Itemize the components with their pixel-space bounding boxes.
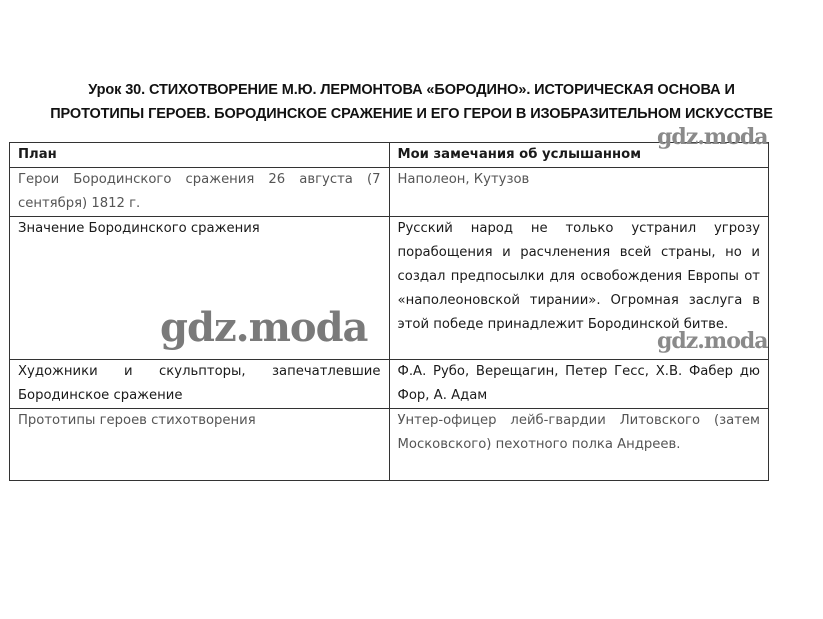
notes-cell: Ф.А. Рубо, Верещагин, Петер Гесс, Х.В. Ф…	[389, 360, 769, 409]
watermark-large: gdz.moda	[160, 304, 367, 351]
watermark: gdz.moda	[657, 124, 768, 150]
table-row: Прототипы героев стихотворения Унтер-офи…	[10, 409, 769, 481]
table-row: Значение Бородинского сражения Русский н…	[10, 217, 769, 360]
notes-cell: Унтер-офицер лейб-гвардии Литовского (за…	[389, 409, 769, 481]
plan-cell: Художники и скульпторы, запечатлевшие Бо…	[10, 360, 390, 409]
plan-cell: Прототипы героев стихотворения	[10, 409, 390, 481]
header-plan: План	[10, 143, 390, 168]
table-row: Художники и скульпторы, запечатлевшие Бо…	[10, 360, 769, 409]
lesson-title: Урок 30. СТИХОТВОРЕНИЕ М.Ю. ЛЕРМОНТОВА «…	[0, 78, 823, 126]
table-header-row: План Мои замечания об услышанном	[10, 143, 769, 168]
lesson-title-line1: Урок 30. СТИХОТВОРЕНИЕ М.Ю. ЛЕРМОНТОВА «…	[0, 78, 823, 102]
notes-cell: Наполеон, Кутузов	[389, 168, 769, 217]
table-row: Герои Бородинского сражения 26 августа (…	[10, 168, 769, 217]
watermark: gdz.moda	[657, 328, 768, 354]
lesson-title-line2: ПРОТОТИПЫ ГЕРОЕВ. БОРОДИНСКОЕ СРАЖЕНИЕ И…	[0, 102, 823, 126]
plan-table: План Мои замечания об услышанном Герои Б…	[9, 142, 769, 481]
plan-cell: Герои Бородинского сражения 26 августа (…	[10, 168, 390, 217]
